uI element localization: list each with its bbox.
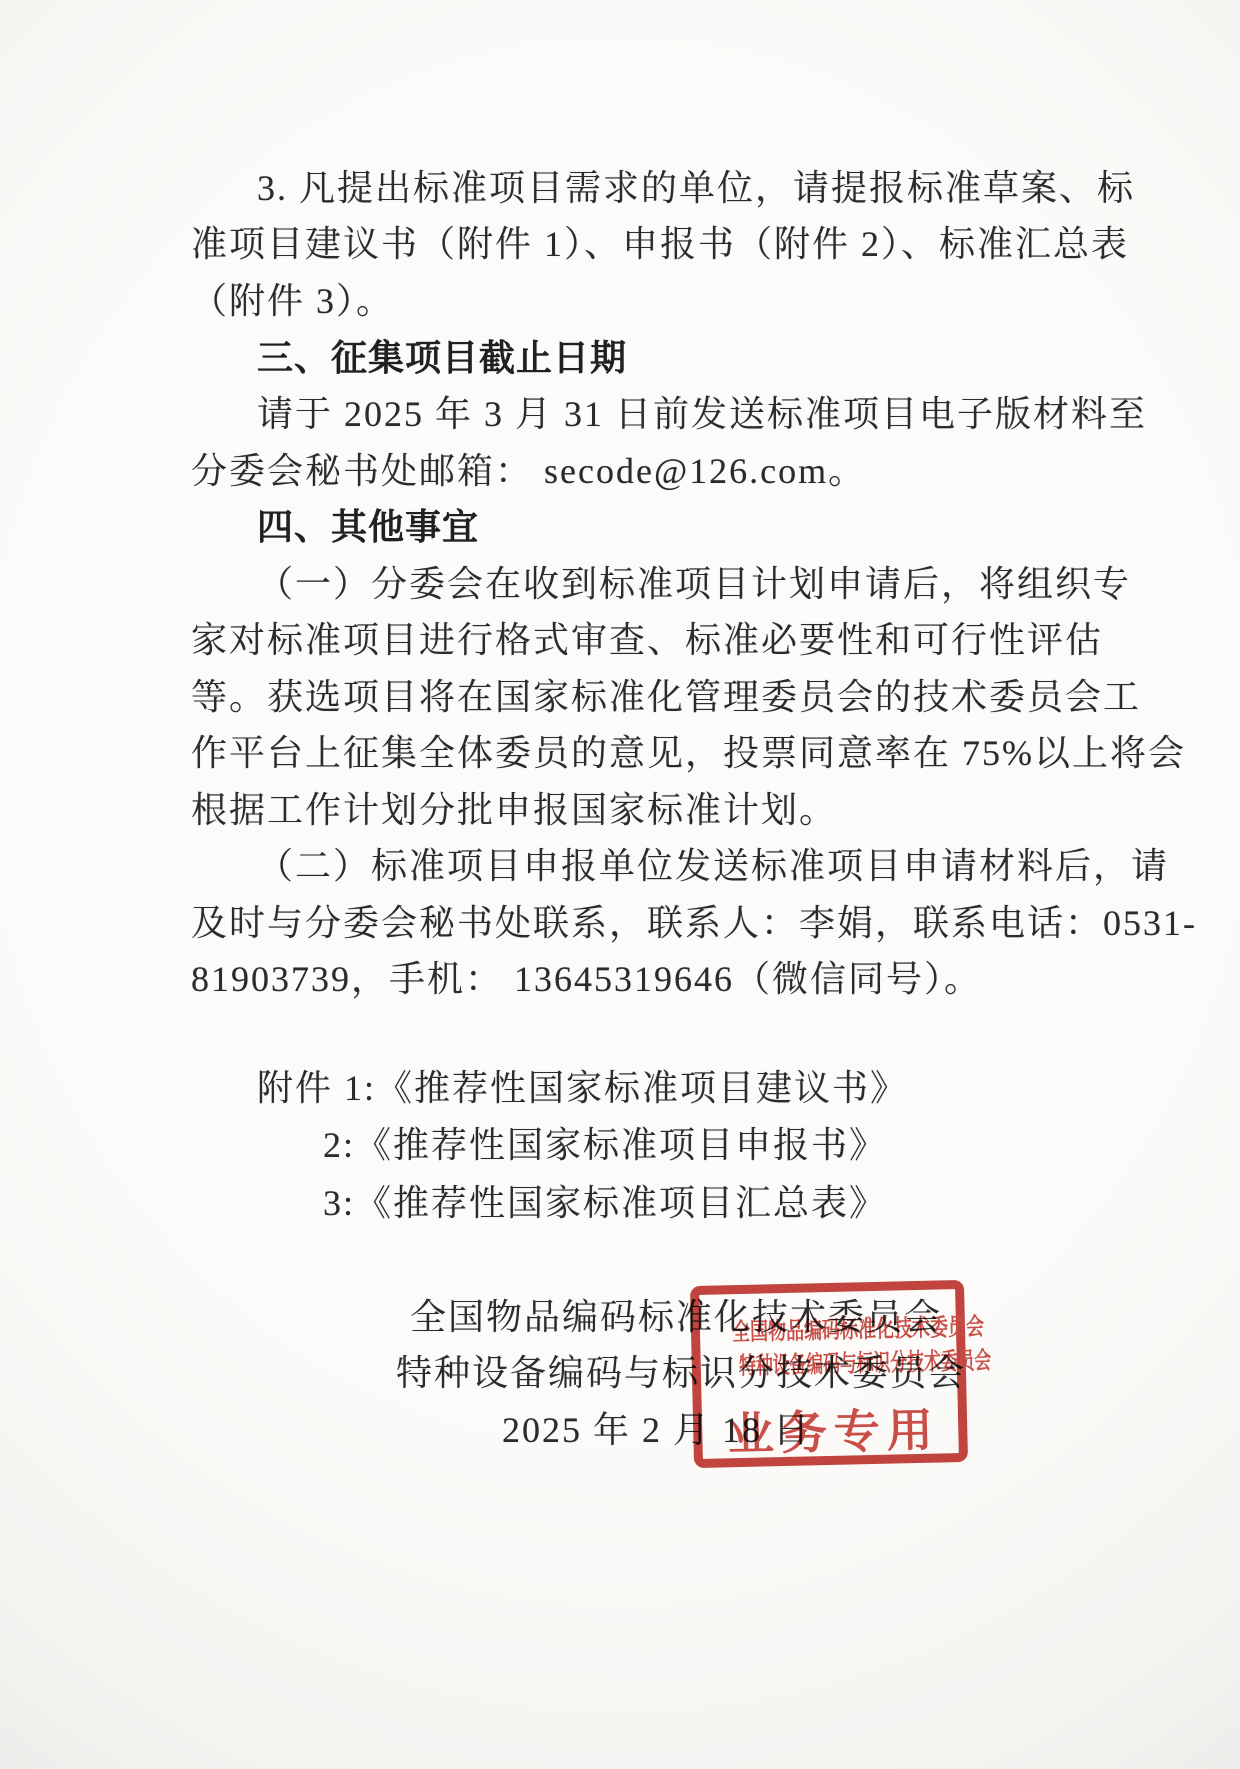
paragraph-line: 81903739，手机： 13645319646（微信同号）。: [191, 957, 982, 1001]
paragraph-line: 等。获选项目将在国家标准化管理委员会的技术委员会工: [191, 675, 1141, 719]
stamp-org-line-1: 全国物品编码标准化技术委员会: [732, 1308, 925, 1347]
paragraph-line: （一）分委会在收到标准项目计划申请后，将组织专: [257, 562, 1131, 606]
stamp-purpose-label: 业务专用: [702, 1393, 959, 1465]
paragraph-line: 请于 2025 年 3 月 31 日前发送标准项目电子版材料至: [257, 392, 1147, 436]
stamp-org-line-2: 特种设备编码与标识分技术委员会: [739, 1342, 919, 1381]
section-heading-3: 三、征集项目截止日期: [257, 336, 627, 380]
paragraph-line: （二）标准项目申报单位发送标准项目申请材料后，请: [257, 844, 1169, 888]
paragraph-line: 准项目建议书（附件 1）、申报书（附件 2）、标准汇总表: [191, 222, 1129, 266]
attachment-line-2: 2:《推荐性国家标准项目申报书》: [323, 1123, 887, 1167]
paragraph-line: 作平台上征集全体委员的意见，投票同意率在 75%以上将会: [191, 731, 1186, 775]
paragraph-line: 及时与分委会秘书处联系，联系人：李娟，联系电话：0531-: [191, 901, 1197, 945]
paragraph-line: 分委会秘书处邮箱： secode@126.com。: [191, 449, 866, 493]
paragraph-line: 3. 凡提出标准项目需求的单位，请提报标准草案、标: [257, 166, 1135, 210]
paragraph-line: 根据工作计划分批申报国家标准计划。: [191, 788, 837, 832]
official-stamp: 全国物品编码标准化技术委员会 特种设备编码与标识分技术委员会 业务专用: [690, 1280, 968, 1468]
section-heading-4: 四、其他事宜: [257, 505, 479, 549]
scanned-document-page: 3. 凡提出标准项目需求的单位，请提报标准草案、标 准项目建议书（附件 1）、申…: [0, 0, 1240, 1769]
attachment-line-1: 附件 1:《推荐性国家标准项目建议书》: [257, 1066, 908, 1110]
attachment-line-3: 3:《推荐性国家标准项目汇总表》: [323, 1181, 887, 1225]
paragraph-line: （附件 3）。: [191, 279, 394, 323]
paragraph-line: 家对标准项目进行格式审查、标准必要性和可行性评估: [191, 618, 1103, 662]
